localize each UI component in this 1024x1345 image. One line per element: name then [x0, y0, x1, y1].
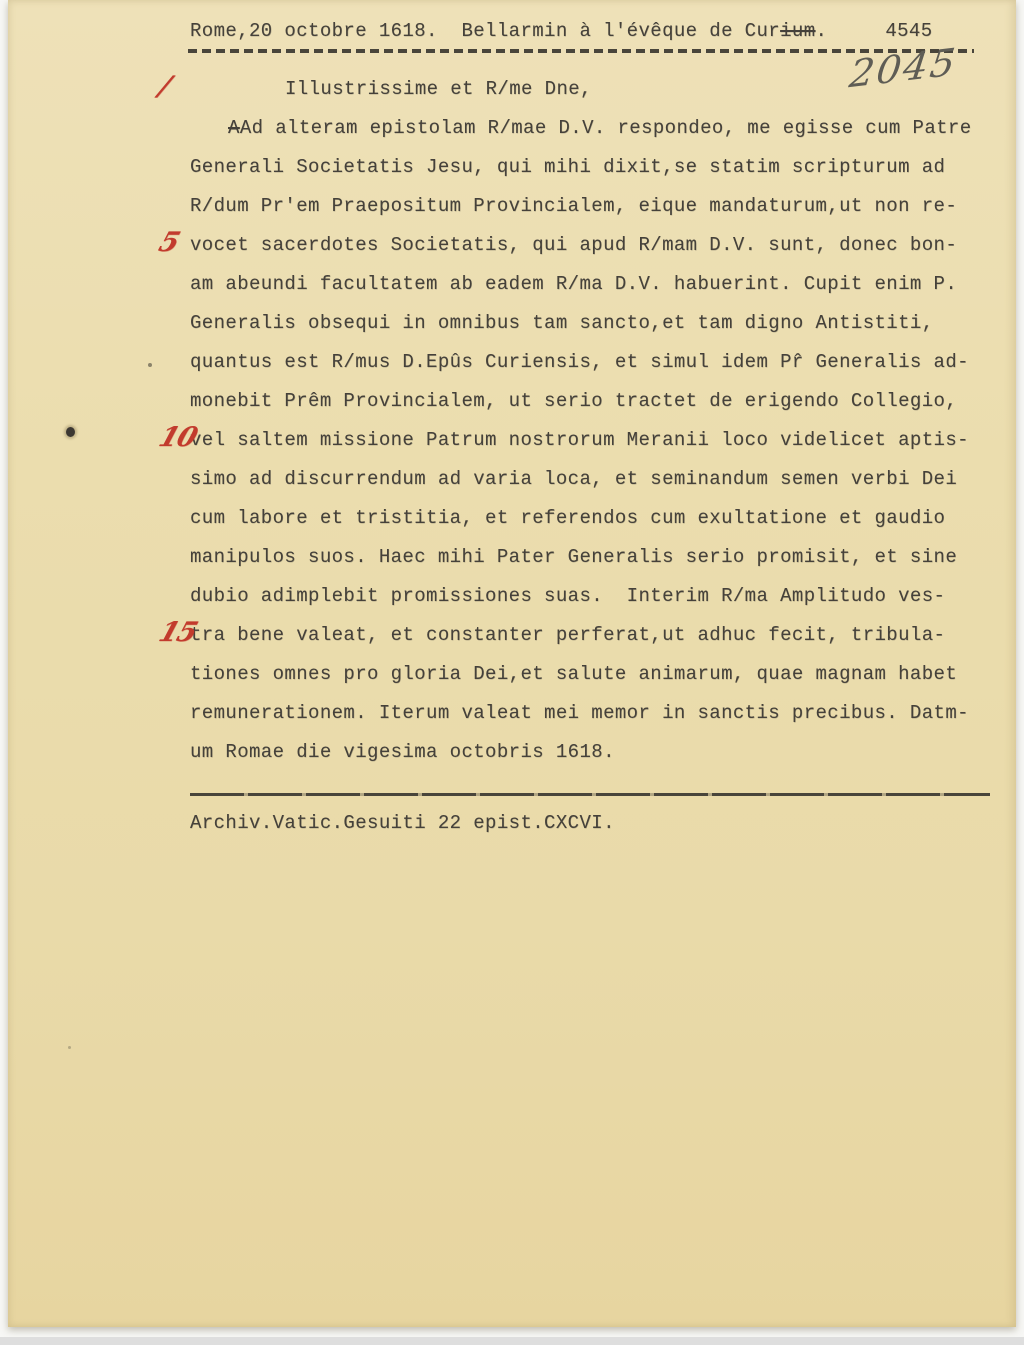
letter-line-text: manipulos suos. Haec mihi Pater Generali… — [190, 538, 957, 577]
footer-citation: Archiv.Vatic.Gesuiti 22 epist.CXCVI. — [190, 812, 615, 834]
letter-line: um Romae die vigesima octobris 1618. — [190, 733, 1000, 772]
paper-speck — [66, 427, 75, 437]
letter-line: simo ad discurrendum ad varia loca, et s… — [190, 460, 1000, 499]
letter-line: Generali Societatis Jesu, qui mihi dixit… — [190, 148, 1000, 187]
footer-divider-rule — [190, 793, 990, 796]
line-number-annotation: 5 — [154, 223, 184, 262]
letter-line: Generalis obsequi in omnibus tam sancto,… — [190, 304, 1000, 343]
letter-line: manipulos suos. Haec mihi Pater Generali… — [190, 538, 1000, 577]
letter-line: 15tra bene valeat, et constanter perfera… — [190, 616, 1000, 655]
letter-line-text: Illustrissime et R/me Dne, — [190, 70, 592, 109]
letter-line-text: remunerationem. Iterum valeat mei memor … — [190, 694, 969, 733]
letter-line-text: tiones omnes pro gloria Dei,et salute an… — [190, 655, 957, 694]
scanner-bed-edge — [0, 1337, 1024, 1345]
letter-line-text: tra bene valeat, et constanter perferat,… — [190, 616, 945, 655]
letter-line-text: um Romae die vigesima octobris 1618. — [190, 733, 615, 772]
letter-line-text: Generalis obsequi in omnibus tam sancto,… — [190, 304, 934, 343]
letter-line-text: AAd alteram epistolam R/mae D.V. respond… — [190, 109, 972, 148]
letter-line: cum labore et tristitia, et referendos c… — [190, 499, 1000, 538]
letter-line: 10vel saltem missione Patrum nostrorum M… — [190, 421, 1000, 460]
letter-line: monebit Prêm Provincialem, ut serio trac… — [190, 382, 1000, 421]
line-number-annotation: / — [154, 67, 176, 106]
scan-background: Rome,20 octobre 1618. Bellarmin à l'évêq… — [0, 0, 1024, 1345]
letter-line-text: cum labore et tristitia, et referendos c… — [190, 499, 945, 538]
letter-line: am abeundi facultatem ab eadem R/ma D.V.… — [190, 265, 1000, 304]
letter-line: quantus est R/mus D.Epûs Curiensis, et s… — [190, 343, 1000, 382]
letter-line: /Illustrissime et R/me Dne, — [190, 70, 1000, 109]
struck-character: A — [228, 117, 240, 139]
letter-line-text: monebit Prêm Provincialem, ut serio trac… — [190, 382, 957, 421]
letter-line-text: quantus est R/mus D.Epûs Curiensis, et s… — [190, 343, 969, 382]
letter-line-text: vocet sacerdotes Societatis, qui apud R/… — [190, 226, 957, 265]
header-period: . — [816, 20, 828, 42]
letter-line: tiones omnes pro gloria Dei,et salute an… — [190, 655, 1000, 694]
letter-line-text: simo ad discurrendum ad varia loca, et s… — [190, 460, 957, 499]
scanned-page: Rome,20 octobre 1618. Bellarmin à l'évêq… — [8, 0, 1016, 1327]
letter-line-text: dubio adimplebit promissiones suas. Inte… — [190, 577, 945, 616]
header-strikethrough-text: ium — [780, 20, 815, 42]
paper-speck — [68, 1046, 71, 1049]
header-page-number: 4545 — [885, 20, 932, 42]
letter-line: dubio adimplebit promissiones suas. Inte… — [190, 577, 1000, 616]
letter-line-text: Generali Societatis Jesu, qui mihi dixit… — [190, 148, 945, 187]
letter-line-text: am abeundi facultatem ab eadem R/ma D.V.… — [190, 265, 957, 304]
header-title: Rome,20 octobre 1618. Bellarmin à l'évêq… — [190, 20, 780, 42]
paper-speck — [148, 363, 152, 367]
letter-line-text: R/dum Pr'em Praepositum Provincialem, ei… — [190, 187, 957, 226]
letter-line: 5vocet sacerdotes Societatis, qui apud R… — [190, 226, 1000, 265]
letter-body: /Illustrissime et R/me Dne,AAd alteram e… — [190, 70, 1000, 772]
letter-line: remunerationem. Iterum valeat mei memor … — [190, 694, 1000, 733]
letter-line: AAd alteram epistolam R/mae D.V. respond… — [190, 109, 1000, 148]
letter-line-text: vel saltem missione Patrum nostrorum Mer… — [190, 421, 969, 460]
header-line: Rome,20 octobre 1618. Bellarmin à l'évêq… — [190, 20, 990, 42]
letter-line: R/dum Pr'em Praepositum Provincialem, ei… — [190, 187, 1000, 226]
